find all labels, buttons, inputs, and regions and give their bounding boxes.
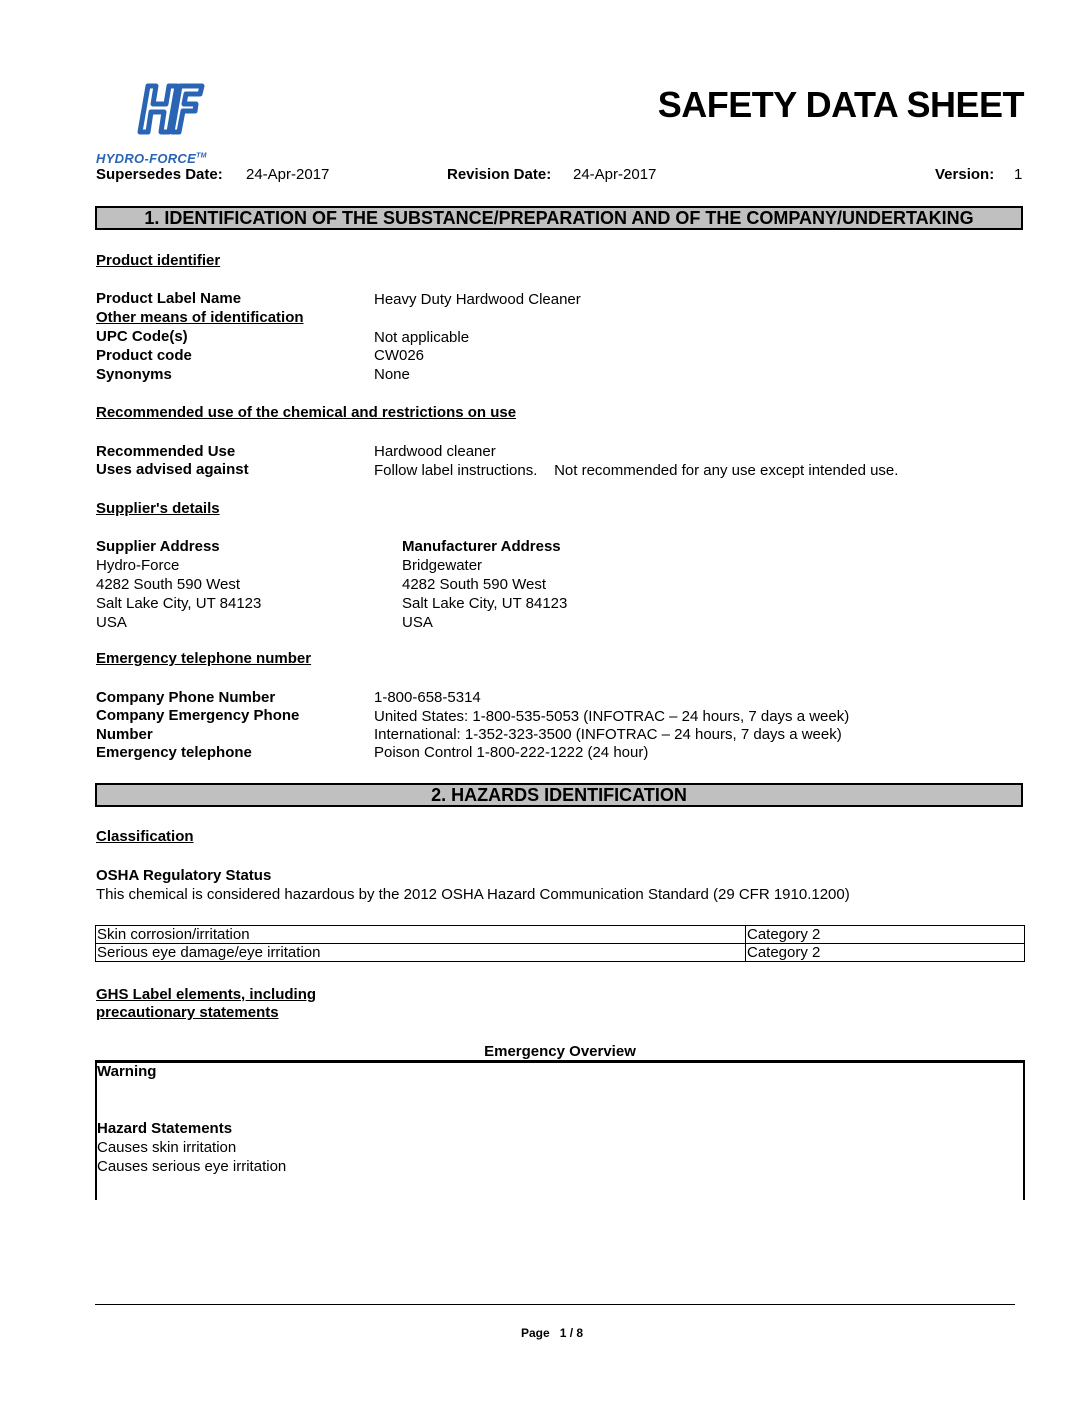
hazard-statement: Causes skin irritation — [97, 1138, 236, 1157]
manufacturer-address: Manufacturer Address Bridgewater 4282 So… — [402, 537, 567, 632]
uses-advised-against-value: Follow label instructions. Not recommend… — [374, 461, 898, 480]
ghs-label-heading-cont: precautionary statements — [96, 1003, 279, 1022]
hazard-category: Category 2 — [746, 944, 1025, 962]
supersedes-value: 24-Apr-2017 — [246, 166, 329, 183]
revision-label: Revision Date: — [447, 166, 551, 183]
product-code-label: Product code — [96, 346, 192, 365]
uses-advised-against-label: Uses advised against — [96, 460, 249, 479]
brand-name: HYDRO-FORCETM — [96, 151, 207, 166]
company-phone-label: Company Phone Number — [96, 688, 275, 707]
supplier-address-line: Salt Lake City, UT 84123 — [96, 594, 261, 613]
table-row: Serious eye damage/eye irritation Catego… — [96, 944, 1025, 962]
emergency-telephone-heading: Emergency telephone number — [96, 649, 311, 668]
osha-status-heading: OSHA Regulatory Status — [96, 866, 271, 885]
table-row: Skin corrosion/irritation Category 2 — [96, 926, 1025, 944]
hazard-class: Skin corrosion/irritation — [96, 926, 746, 944]
company-emergency-label-cont: Number — [96, 725, 153, 744]
revision-value: 24-Apr-2017 — [573, 166, 656, 183]
supplier-address: Supplier Address Hydro-Force 4282 South … — [96, 537, 261, 632]
recommended-use-heading: Recommended use of the chemical and rest… — [96, 403, 516, 422]
supplier-address-label: Supplier Address — [96, 537, 261, 556]
synonyms-label: Synonyms — [96, 365, 172, 384]
version-value: 1 — [1014, 166, 1022, 183]
manufacturer-address-line: 4282 South 590 West — [402, 575, 567, 594]
other-means-heading: Other means of identification — [96, 308, 304, 327]
upc-value: Not applicable — [374, 328, 469, 347]
upc-label: UPC Code(s) — [96, 327, 188, 346]
manufacturer-address-label: Manufacturer Address — [402, 537, 567, 556]
company-phone-value: 1-800-658-5314 — [374, 688, 481, 707]
product-code-value: CW026 — [374, 346, 424, 365]
page-indicator: Page 1 / 8 — [521, 1326, 583, 1340]
emergency-overview-heading: Emergency Overview — [95, 1042, 1025, 1061]
supplier-address-line: USA — [96, 613, 261, 632]
emergency-telephone-label: Emergency telephone — [96, 743, 252, 762]
synonyms-value: None — [374, 365, 410, 384]
version-label: Version: — [935, 166, 994, 183]
section-1-header: 1. IDENTIFICATION OF THE SUBSTANCE/PREPA… — [95, 206, 1023, 230]
company-emergency-intl: International: 1-352-323-3500 (INFOTRAC … — [374, 725, 842, 744]
supplier-details-heading: Supplier's details — [96, 499, 220, 518]
signal-word: Warning — [97, 1062, 156, 1081]
classification-table: Skin corrosion/irritation Category 2 Ser… — [95, 925, 1025, 962]
supplier-address-line: Hydro-Force — [96, 556, 261, 575]
supplier-address-line: 4282 South 590 West — [96, 575, 261, 594]
ghs-label-heading: GHS Label elements, including — [96, 985, 316, 1004]
classification-heading: Classification — [96, 827, 194, 846]
product-label-name-label: Product Label Name — [96, 289, 241, 308]
supersedes-label: Supersedes Date: — [96, 166, 223, 183]
company-emergency-us: United States: 1-800-535-5053 (INFOTRAC … — [374, 707, 849, 726]
manufacturer-address-line: Bridgewater — [402, 556, 567, 575]
recommended-use-value: Hardwood cleaner — [374, 442, 496, 461]
document-title: SAFETY DATA SHEET — [658, 84, 1024, 126]
section-2-header: 2. HAZARDS IDENTIFICATION — [95, 783, 1023, 807]
manufacturer-address-line: USA — [402, 613, 567, 632]
manufacturer-address-line: Salt Lake City, UT 84123 — [402, 594, 567, 613]
page-number: 1 / 8 — [560, 1326, 583, 1340]
hazard-class: Serious eye damage/eye irritation — [96, 944, 746, 962]
product-identifier-heading: Product identifier — [96, 251, 220, 270]
trademark: TM — [196, 153, 207, 160]
hazard-statement: Causes serious eye irritation — [97, 1157, 286, 1176]
emergency-overview-box — [95, 1060, 1025, 1200]
hazard-statements-heading: Hazard Statements — [97, 1119, 232, 1138]
recommended-use-label: Recommended Use — [96, 442, 235, 461]
hf-logo-icon — [134, 82, 206, 138]
osha-status-text: This chemical is considered hazardous by… — [96, 885, 850, 904]
page-label: Page — [521, 1326, 550, 1340]
footer-divider — [95, 1304, 1015, 1305]
company-emergency-label: Company Emergency Phone — [96, 706, 299, 725]
emergency-telephone-value: Poison Control 1-800-222-1222 (24 hour) — [374, 743, 648, 762]
hazard-category: Category 2 — [746, 926, 1025, 944]
product-label-name-value: Heavy Duty Hardwood Cleaner — [374, 290, 581, 309]
